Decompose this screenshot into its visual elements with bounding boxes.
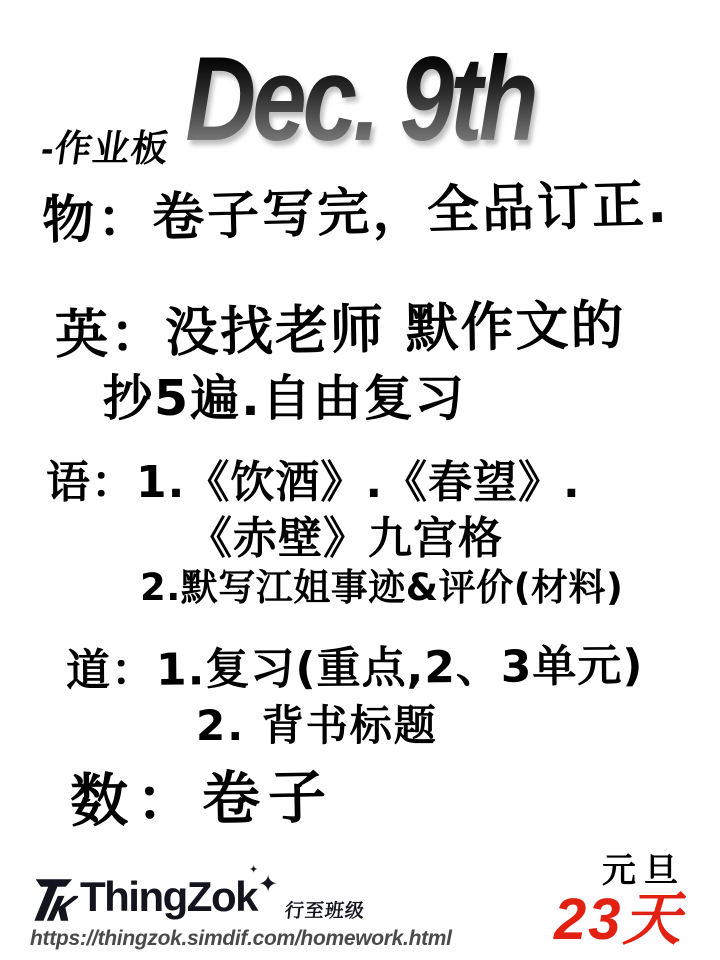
homework-line-math: 数：卷子 [69, 750, 334, 839]
homework-line-english-2: 抄5遍.自由复习 [103, 360, 466, 430]
sparkle-icon: ✦ ✦ [257, 874, 283, 914]
thingzok-logo: ThingZok ✦ ✦ 行至班级 [28, 874, 365, 924]
homework-line-physics: 物：卷子写完，全品订正. [41, 162, 671, 253]
board-label: -作业板 [38, 118, 173, 172]
thingzok-logo-mark-icon [28, 876, 78, 924]
logo-tagline: 行至班级 [284, 896, 367, 923]
thingzok-logo-text: ThingZok [80, 874, 257, 920]
sparkle-small-icon: ✦ [249, 864, 258, 875]
homework-line-english-1: 英：没找老师 默作文的 [54, 283, 626, 369]
homework-line-morality-1: 道：1.复习(重点,2、3单元) [66, 629, 644, 698]
homework-url: https://thingzok.simdif.com/homework.htm… [30, 927, 452, 951]
homework-board: Dec. 9th -作业板 物：卷子写完，全品订正. 英：没找老师 默作文的 抄… [0, 0, 720, 960]
sparkle-big-icon: ✦ [258, 872, 278, 896]
homework-line-morality-2: 2. 背书标题 [196, 693, 438, 753]
homework-line-chinese-3: 2.默写江姐事迹&评价(材料) [140, 557, 623, 611]
countdown-days-value: 23天 [554, 872, 683, 956]
homework-line-chinese-1: 语：1.《饮酒》.《春望》. [46, 446, 581, 510]
